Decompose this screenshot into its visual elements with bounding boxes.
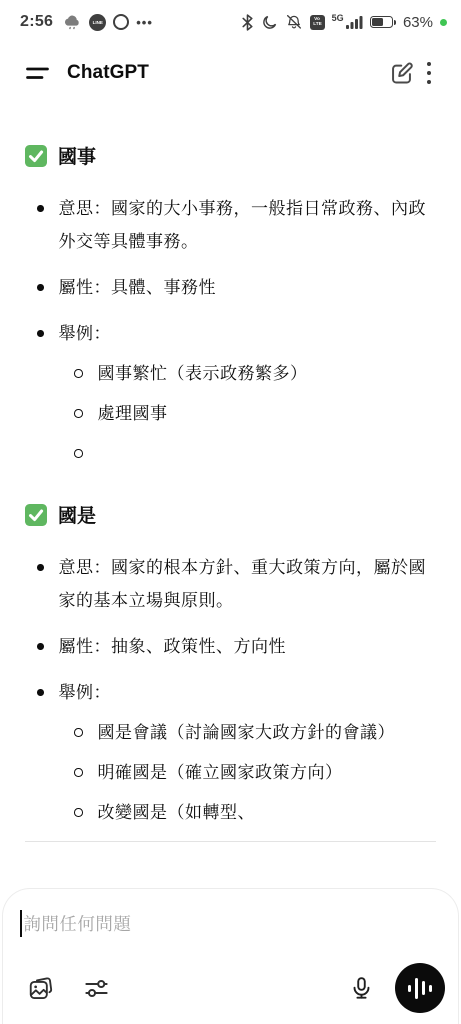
recording-ring-icon [113, 14, 129, 30]
section-heading-guoshi4: 國事 [25, 142, 436, 169]
bullet-dot [37, 284, 44, 291]
sub-bullet-item: 國是會議（討論國家大政方針的會議） [25, 716, 436, 749]
bullet-dot [37, 564, 44, 571]
bullet-dot [37, 205, 44, 212]
sub-bullet-item [25, 437, 436, 470]
overflow-menu-button[interactable] [419, 57, 439, 89]
input-placeholder: 詢問任何問題 [23, 911, 131, 936]
sub-bullet-circle [74, 728, 83, 737]
message-composer[interactable]: 詢問任何問題 [2, 888, 459, 1024]
section-title: 國事 [58, 142, 96, 169]
menu-icon [26, 67, 49, 80]
bullet-item: 舉例： [25, 317, 436, 350]
kebab-menu-icon [427, 62, 431, 66]
bullet-item: 舉例： [25, 676, 436, 709]
sub-bullet-circle [74, 409, 83, 418]
voice-mode-button[interactable] [395, 963, 445, 1013]
dnd-moon-icon [261, 14, 278, 31]
section-heading-guoshi5: 國是 [25, 501, 436, 528]
check-emoji [25, 145, 47, 167]
sidebar-menu-button[interactable] [24, 63, 51, 84]
battery-percent: 63% [403, 14, 433, 31]
message-input[interactable]: 詢問任何問題 [20, 910, 440, 937]
battery-icon [370, 16, 396, 28]
new-chat-button[interactable] [384, 56, 419, 91]
line-app-icon: LINE [89, 14, 106, 31]
charging-dot-icon [440, 19, 447, 26]
tune-icon [83, 975, 110, 1002]
bullet-dot [37, 689, 44, 696]
sub-bullet-item: 明確國是（確立國家政策方向） [25, 756, 436, 789]
page-title: ChatGPT [67, 62, 149, 84]
mic-icon [348, 975, 375, 1002]
compose-icon [388, 60, 415, 87]
tools-button[interactable] [83, 975, 110, 1002]
sub-bullet-circle [74, 369, 83, 378]
text-cursor [20, 910, 22, 937]
sub-bullet-item: 國事繁忙（表示政務繁多） [25, 357, 436, 390]
content-divider [25, 841, 436, 842]
clock: 2:56 [20, 13, 53, 31]
status-bar: 2:56 LINE ••• [0, 0, 461, 44]
sub-bullet-item: 處理國事 [25, 397, 436, 430]
volte-icon: Vo LTE [310, 15, 325, 30]
signal-icon: 5G [332, 15, 363, 29]
voice-mode-icon [408, 985, 412, 992]
bullet-item: 意思：國家的大小事務，一般指日常政務、內政外交等具體事務。 [25, 192, 436, 258]
bullet-item: 屬性：抽象、政策性、方向性 [25, 630, 436, 663]
bullet-item: 意思：國家的根本方針、重大政策方向，屬於國家的基本立場與原則。 [25, 551, 436, 617]
sub-bullet-item: 改變國是（如轉型、 [25, 796, 436, 829]
assistant-message: 國事 意思：國家的大小事務，一般指日常政務、內政外交等具體事務。 屬性：具體、事… [0, 102, 461, 829]
bullet-dot [37, 330, 44, 337]
more-notifications-icon: ••• [136, 15, 153, 30]
mute-icon [285, 13, 303, 31]
sub-bullet-circle [74, 449, 83, 458]
section-title: 國是 [58, 501, 96, 528]
app-header: ChatGPT [0, 44, 461, 102]
dictation-button[interactable] [348, 975, 375, 1002]
bullet-item: 屬性：具體、事務性 [25, 271, 436, 304]
gallery-button[interactable] [27, 974, 55, 1002]
sub-bullet-circle [74, 808, 83, 817]
weather-icon [63, 13, 82, 32]
check-emoji [25, 504, 47, 526]
sub-bullet-circle [74, 768, 83, 777]
gallery-icon [27, 974, 55, 1002]
composer-toolbar [27, 963, 445, 1013]
bluetooth-icon [241, 14, 254, 31]
bullet-dot [37, 643, 44, 650]
